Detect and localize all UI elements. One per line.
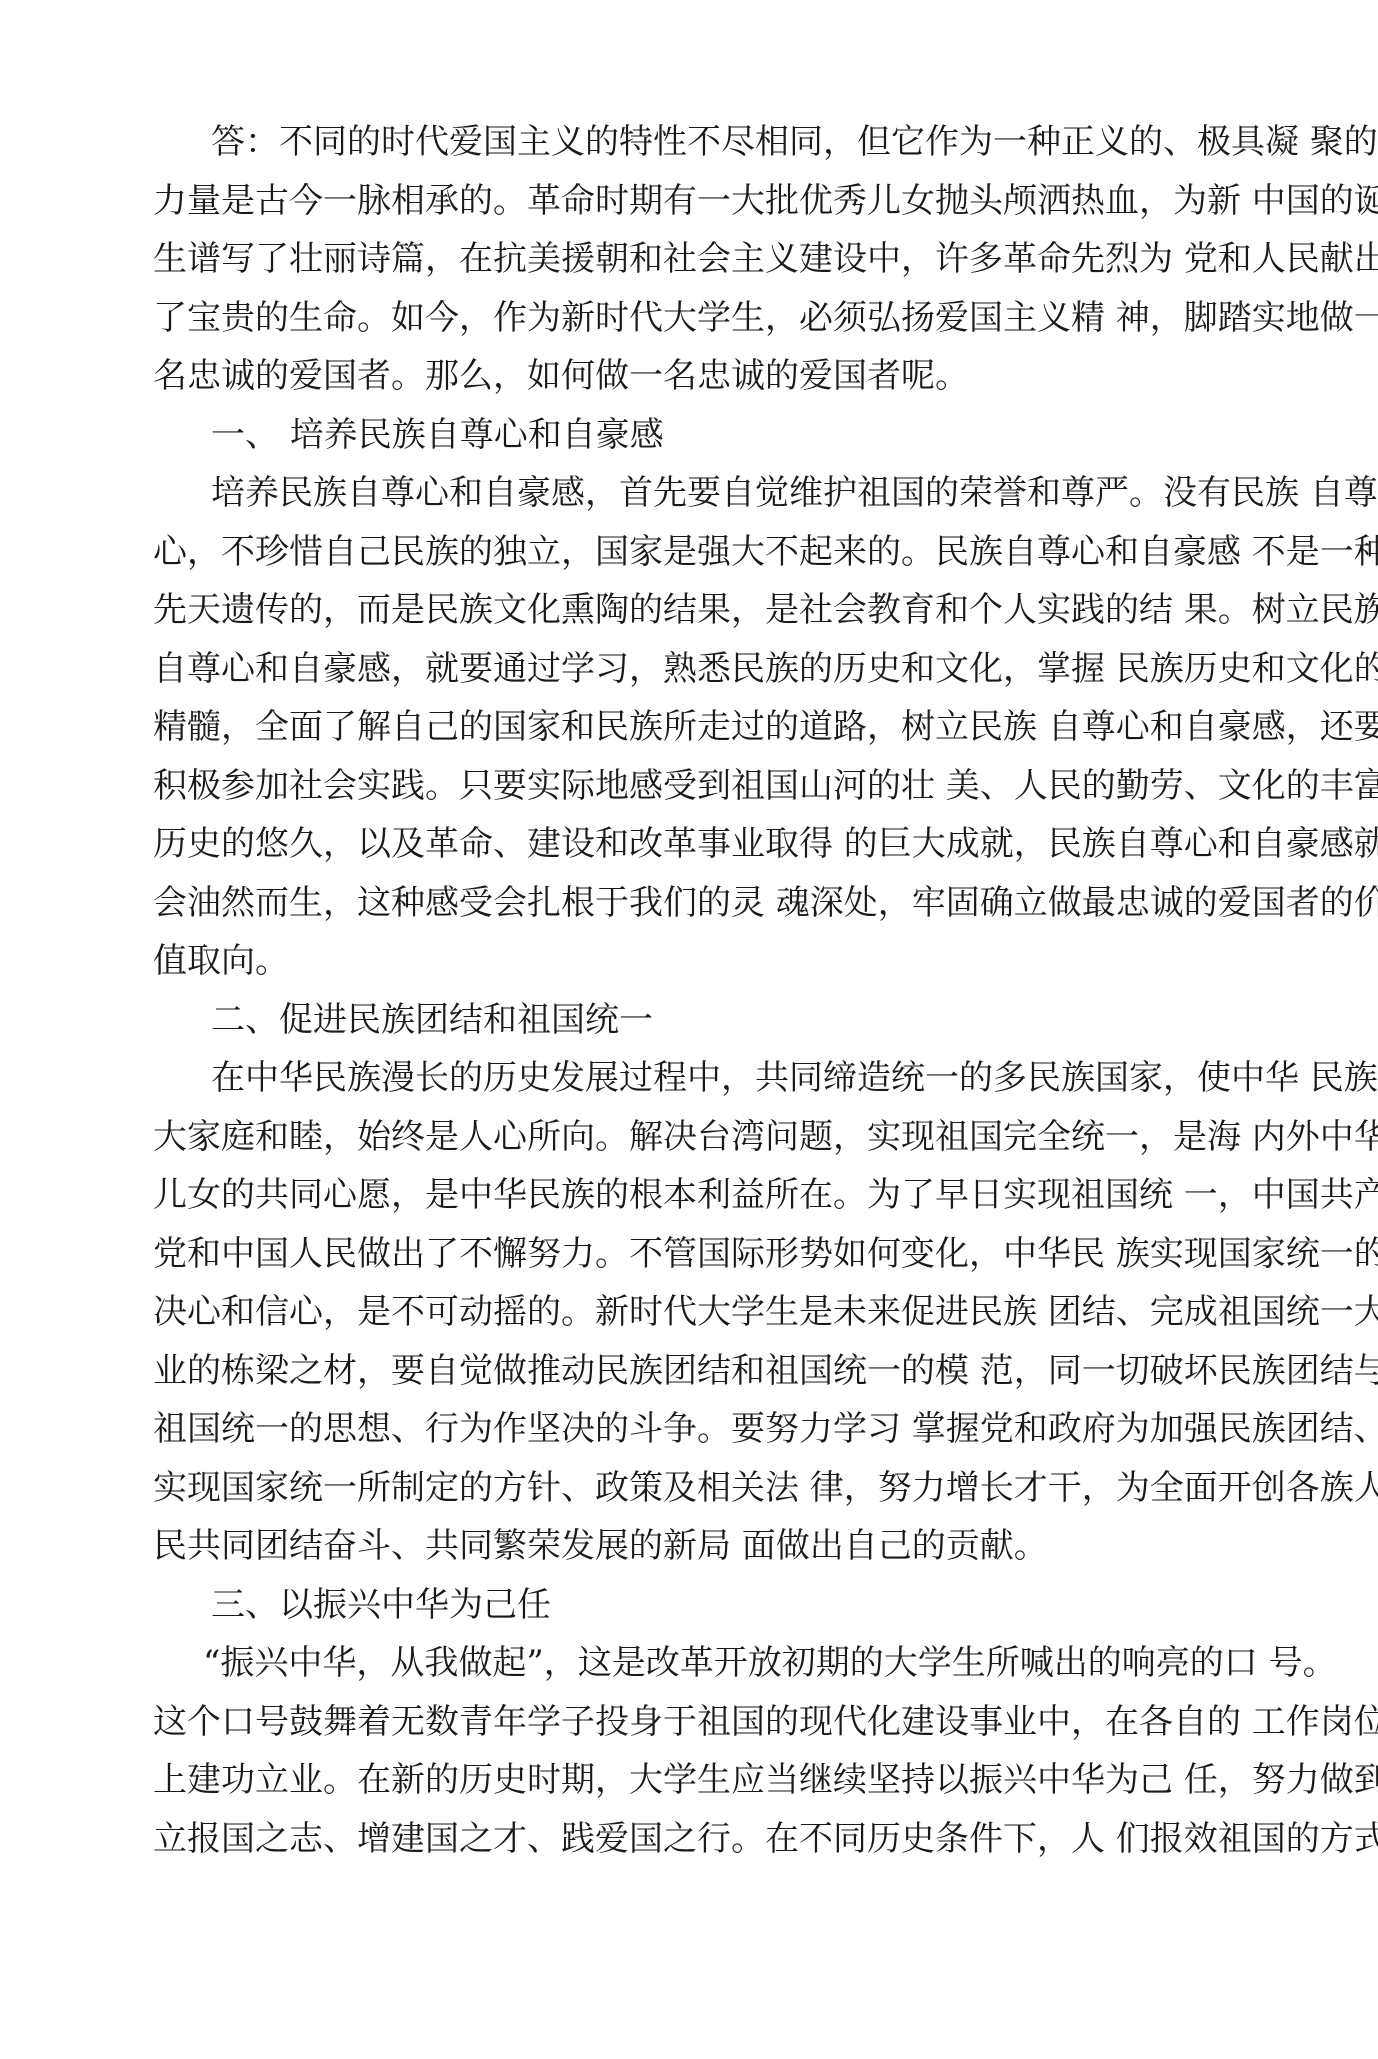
paragraph-line: 答：不同的时代爱国主义的特性不尽相同，但它作为一种正义的、极具凝 聚的 [153,113,1233,172]
paragraph-line: 祖国统一的思想、行为作坚决的斗争。要努力学习 掌握党和政府为加强民族团结、 [153,1400,1233,1459]
paragraph-line: 大家庭和睦，始终是人心所向。解决台湾问题，实现祖国完全统一，是海 内外中华 [153,1108,1233,1167]
paragraph-line: 决心和信心，是不可动摇的。新时代大学生是未来促进民族 团结、完成祖国统一大 [153,1283,1233,1342]
paragraph-line: 培养民族自尊心和自豪感，首先要自觉维护祖国的荣誉和尊严。没有民族 自尊 [153,464,1233,523]
section-heading-3: 三、以振兴中华为己任 [153,1576,1233,1635]
paragraph-line: 力量是古今一脉相承的。革命时期有一大批优秀儿女抛头颅洒热血，为新 中国的诞 [153,172,1233,231]
paragraph-line: 立报国之志、增建国之才、践爱国之行。在不同历史条件下，人 们报效祖国的方式 [153,1810,1233,1869]
paragraph-line: 会油然而生，这种感受会扎根于我们的灵 魂深处，牢固确立做最忠诚的爱国者的价 [153,874,1233,933]
paragraph-line: 了宝贵的生命。如今，作为新时代大学生，必须弘扬爱国主义精 神，脚踏实地做一 [153,289,1233,348]
document-page: 答：不同的时代爱国主义的特性不尽相同，但它作为一种正义的、极具凝 聚的 力量是古… [153,113,1233,1868]
paragraph-line: 积极参加社会实践。只要实际地感受到祖国山河的壮 美、人民的勤劳、文化的丰富、 [153,757,1233,816]
paragraph-line: 自尊心和自豪感，就要通过学习，熟悉民族的历史和文化，掌握 民族历史和文化的 [153,640,1233,699]
paragraph-line: 生谱写了壮丽诗篇，在抗美援朝和社会主义建设中，许多革命先烈为 党和人民献出 [153,230,1233,289]
section-heading-1: 一、 培养民族自尊心和自豪感 [153,406,1233,465]
paragraph-line: 这个口号鼓舞着无数青年学子投身于祖国的现代化建设事业中，在各自的 工作岗位 [153,1693,1233,1752]
paragraph-line: 值取向。 [153,932,1233,991]
paragraph-line: 民共同团结奋斗、共同繁荣发展的新局 面做出自己的贡献。 [153,1517,1233,1576]
paragraph-line: 在中华民族漫长的历史发展过程中，共同缔造统一的多民族国家，使中华 民族 [153,1049,1233,1108]
paragraph-line: 历史的悠久，以及革命、建设和改革事业取得 的巨大成就，民族自尊心和自豪感就 [153,815,1233,874]
paragraph-line: 名忠诚的爱国者。那么，如何做一名忠诚的爱国者呢。 [153,347,1233,406]
section-heading-2: 二、促进民族团结和祖国统一 [153,991,1233,1050]
paragraph-line: 党和中国人民做出了不懈努力。不管国际形势如何变化，中华民 族实现国家统一的 [153,1225,1233,1284]
paragraph-line: 业的栋梁之材，要自觉做推动民族团结和祖国统一的模 范，同一切破坏民族团结与 [153,1342,1233,1401]
paragraph-line: 先天遗传的，而是民族文化熏陶的结果，是社会教育和个人实践的结 果。树立民族 [153,581,1233,640]
paragraph-line: “振兴中华，从我做起”，这是改革开放初期的大学生所喊出的响亮的口 号。 [153,1634,1233,1693]
paragraph-line: 上建功立业。在新的历史时期，大学生应当继续坚持以振兴中华为己 任，努力做到 [153,1751,1233,1810]
paragraph-line: 精髓，全面了解自己的国家和民族所走过的道路，树立民族 自尊心和自豪感，还要 [153,698,1233,757]
paragraph-line: 心，不珍惜自己民族的独立，国家是强大不起来的。民族自尊心和自豪感 不是一种 [153,523,1233,582]
paragraph-line: 实现国家统一所制定的方针、政策及相关法 律，努力增长才干，为全面开创各族人 [153,1459,1233,1518]
paragraph-line: 儿女的共同心愿，是中华民族的根本利益所在。为了早日实现祖国统 一，中国共产 [153,1166,1233,1225]
